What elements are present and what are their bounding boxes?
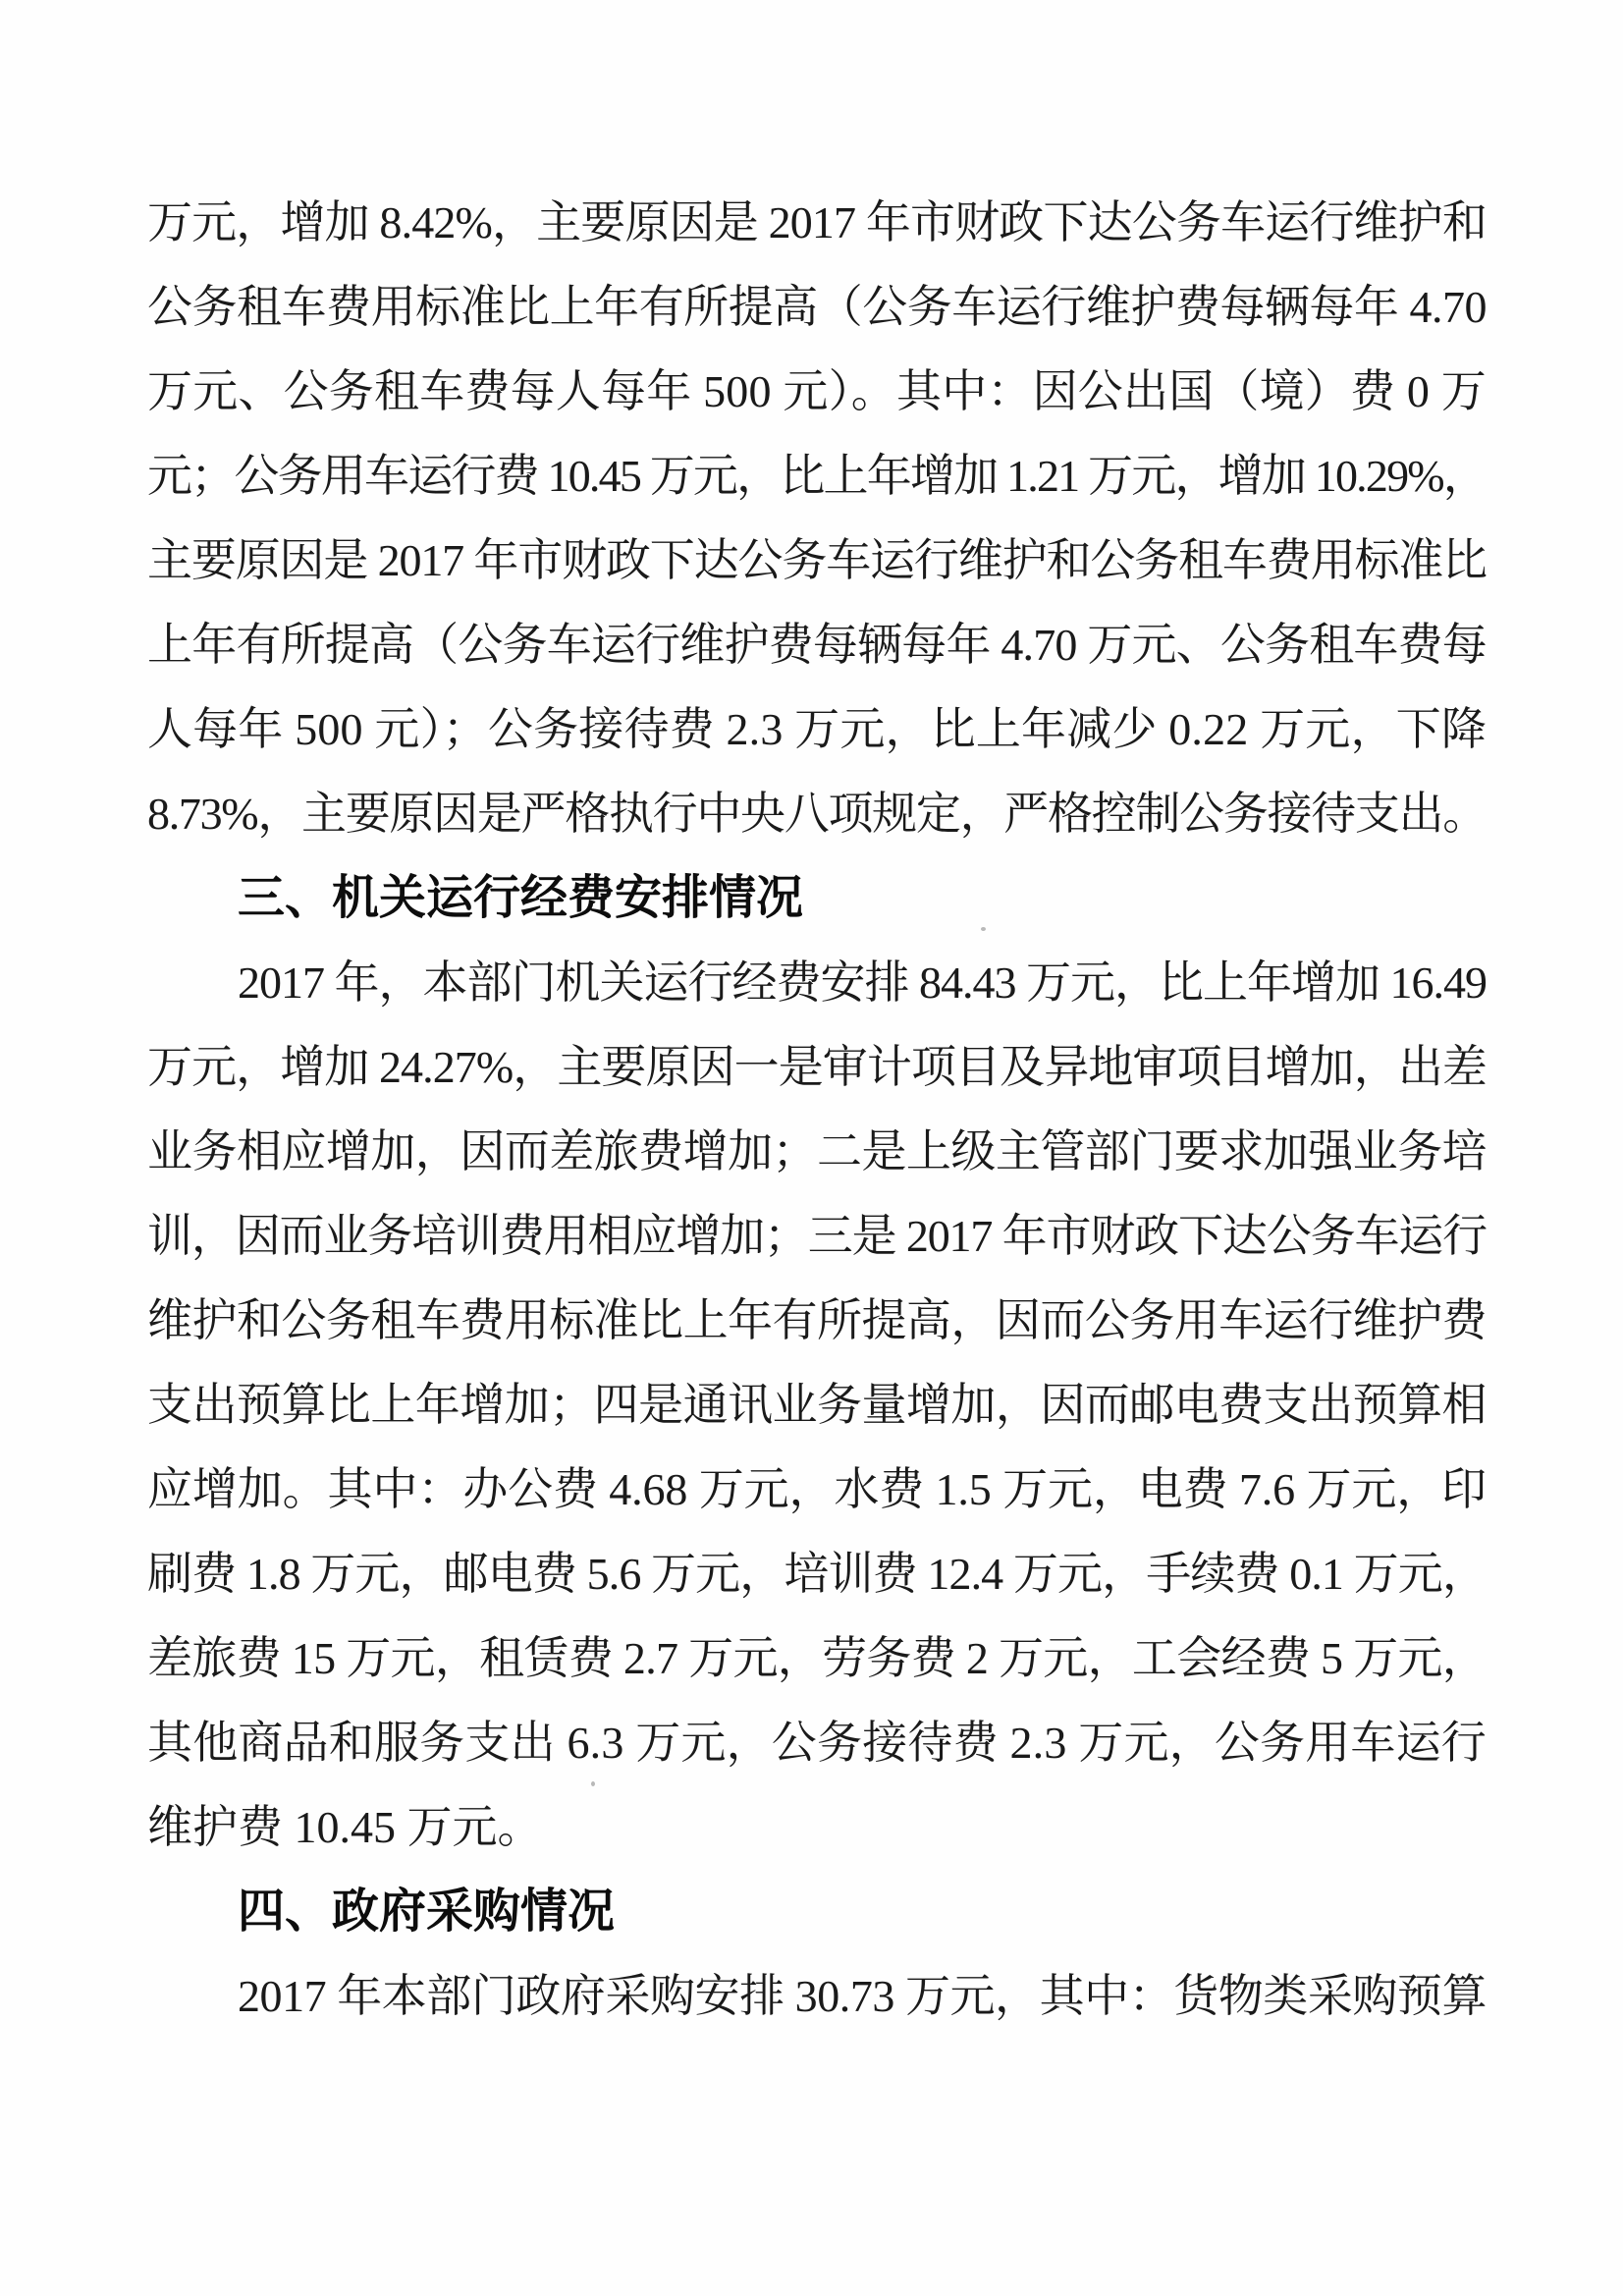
line-text: 业务相应增加，因而差旅费增加；二是上级主管部门要求加强业务培 [147,1126,1487,1176]
text-line: 万元，增加 24.27%，主要原因一是审计项目及异地审项目增加，出差 [147,1025,1487,1110]
section-heading-4: 四、政府采购情况 [147,1870,1487,1954]
line-text: 主要原因是 2017 年市财政下达公务车运行维护和公务租车费用标准比 [147,535,1487,585]
text-line: 刷费 1.8 万元，邮电费 5.6 万元，培训费 12.4 万元，手续费 0.1… [147,1532,1487,1616]
heading-text: 四、政府采购情况 [238,1886,615,1938]
text-line: 业务相应增加，因而差旅费增加；二是上级主管部门要求加强业务培 [147,1110,1487,1194]
heading-text: 三、机关运行经费安排情况 [238,872,803,924]
line-text: 上年有所提高（公务车运行维护费每辆每年 4.70 万元、公务租车费每 [147,620,1487,670]
line-text: 公务租车费用标准比上年有所提高（公务车运行维护费每辆每年 4.70 [147,282,1487,332]
scan-speck [591,1781,595,1786]
text-line: 差旅费 15 万元，租赁费 2.7 万元，劳务费 2 万元，工会经费 5 万元， [147,1616,1487,1701]
text-line: 元；公务用车运行费 10.45 万元，比上年增加 1.21 万元，增加 10.2… [147,434,1487,519]
text-line: 维护费 10.45 万元。 [147,1785,1487,1870]
line-text: 差旅费 15 万元，租赁费 2.7 万元，劳务费 2 万元，工会经费 5 万元， [147,1633,1487,1683]
line-text: 2017 年，本部门机关运行经费安排 84.43 万元，比上年增加 16.49 [238,957,1487,1008]
text-line: 支出预算比上年增加；四是通讯业务量增加，因而邮电费支出预算相 [147,1363,1487,1448]
line-text: 8.73%，主要原因是严格执行中央八项规定，严格控制公务接待支出。 [147,789,1487,839]
text-line: 万元，增加 8.42%，主要原因是 2017 年市财政下达公务车运行维护和 [147,181,1487,265]
text-line: 主要原因是 2017 年市财政下达公务车运行维护和公务租车费用标准比 [147,519,1487,603]
text-line: 公务租车费用标准比上年有所提高（公务车运行维护费每辆每年 4.70 [147,265,1487,350]
line-text: 维护和公务租车费用标准比上年有所提高，因而公务用车运行维护费 [147,1295,1487,1345]
text-line: 维护和公务租车费用标准比上年有所提高，因而公务用车运行维护费 [147,1279,1487,1363]
line-text: 其他商品和服务支出 6.3 万元，公务接待费 2.3 万元，公务用车运行 [147,1718,1487,1768]
line-text: 应增加。其中：办公费 4.68 万元，水费 1.5 万元，电费 7.6 万元，印 [147,1464,1487,1514]
text-line: 人每年 500 元）；公务接待费 2.3 万元，比上年减少 0.22 万元，下降 [147,687,1487,772]
text-line: 万元、公务租车费每人每年 500 元）。其中：因公出国（境）费 0 万 [147,350,1487,434]
text-line: 其他商品和服务支出 6.3 万元，公务接待费 2.3 万元，公务用车运行 [147,1701,1487,1785]
text-line: 训，因而业务培训费用相应增加；三是 2017 年市财政下达公务车运行 [147,1194,1487,1279]
line-text: 2017 年本部门政府采购安排 30.73 万元，其中：货物类采购预算 [238,1971,1487,2021]
text-line: 2017 年本部门政府采购安排 30.73 万元，其中：货物类采购预算 [147,1954,1487,2039]
line-text: 人每年 500 元）；公务接待费 2.3 万元，比上年减少 0.22 万元，下降 [147,704,1487,754]
line-text: 元；公务用车运行费 10.45 万元，比上年增加 1.21 万元，增加 10.2… [147,451,1487,501]
text-line: 上年有所提高（公务车运行维护费每辆每年 4.70 万元、公务租车费每 [147,603,1487,687]
line-text: 刷费 1.8 万元，邮电费 5.6 万元，培训费 12.4 万元，手续费 0.1… [147,1549,1487,1599]
line-text: 支出预算比上年增加；四是通讯业务量增加，因而邮电费支出预算相 [147,1380,1487,1430]
line-text: 万元，增加 24.27%，主要原因一是审计项目及异地审项目增加，出差 [147,1042,1487,1092]
line-text: 训，因而业务培训费用相应增加；三是 2017 年市财政下达公务车运行 [147,1211,1487,1261]
text-line: 8.73%，主要原因是严格执行中央八项规定，严格控制公务接待支出。 [147,772,1487,856]
line-text: 万元，增加 8.42%，主要原因是 2017 年市财政下达公务车运行维护和 [147,197,1487,247]
section-heading-3: 三、机关运行经费安排情况 [147,856,1487,941]
text-line: 应增加。其中：办公费 4.68 万元，水费 1.5 万元，电费 7.6 万元，印 [147,1448,1487,1532]
document-text-block: 万元，增加 8.42%，主要原因是 2017 年市财政下达公务车运行维护和 公务… [147,181,1487,2039]
text-line: 2017 年，本部门机关运行经费安排 84.43 万元，比上年增加 16.49 [147,941,1487,1025]
scan-speck [981,927,986,931]
line-text: 万元、公务租车费每人每年 500 元）。其中：因公出国（境）费 0 万 [147,366,1487,416]
document-page: 万元，增加 8.42%，主要原因是 2017 年市财政下达公务车运行维护和 公务… [0,0,1623,2296]
line-text: 维护费 10.45 万元。 [147,1802,543,1852]
